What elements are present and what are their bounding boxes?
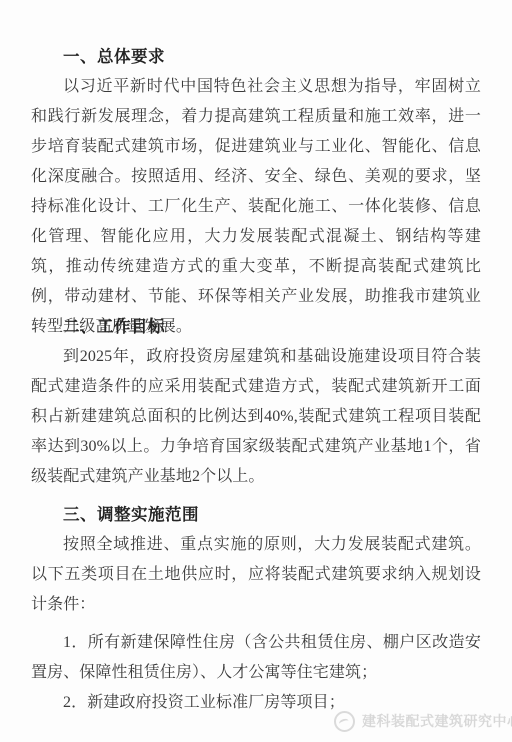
paragraph-overall-requirements: 以习近平新时代中国特色社会主义思想为指导，牢固树立和践行新发展理念，着力提高建筑… [31,72,481,312]
section-heading-implementation-scope: 三、调整实施范围 [31,500,481,530]
research-center-logo-icon [334,711,355,732]
section-heading-overall-requirements: 一、总体要求 [31,42,481,72]
paragraph-implementation-scope: 按照全域推进、重点实施的原则，大力发展装配式建筑。以下五类项目在土地供应时，应将… [31,530,481,620]
paragraph-work-goals: 到2025年，政府投资房屋建筑和基础设施建设项目符合装配式建造条件的应采用装配式… [31,342,481,492]
watermark: 建科装配式建筑研究中心 [334,705,512,737]
watermark-text: 建科装配式建筑研究中心 [362,711,512,731]
document-page: 一、总体要求 以习近平新时代中国特色社会主义思想为指导，牢固树立和践行新发展理念… [0,0,512,742]
document-content: 一、总体要求 以习近平新时代中国特色社会主义思想为指导，牢固树立和践行新发展理念… [31,42,481,718]
section-heading-work-goals: 二、工作目标 [31,312,481,342]
list-item-1: 1．所有新建保障性住房（含公共租赁住房、棚户区改造安置房、保障性租赁住房）、人才… [31,628,481,688]
